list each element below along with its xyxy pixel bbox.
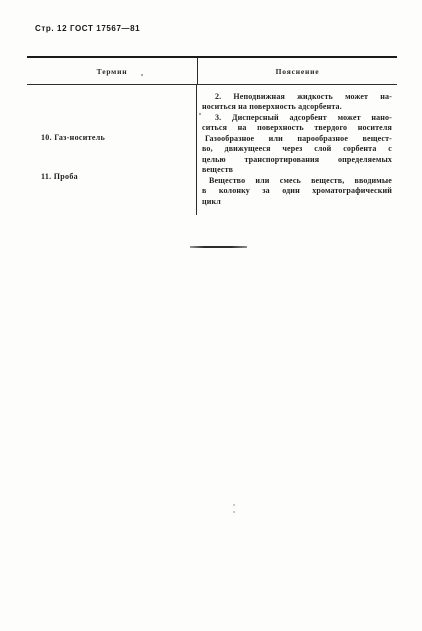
term-gas-carrier: 10. Газ-носитель xyxy=(41,133,105,142)
table-header-row: Термин Пояснение xyxy=(27,56,397,85)
explanation-line: веществ xyxy=(202,165,392,175)
explanation-line: в колонку за один хроматографический xyxy=(202,186,392,196)
explanation-line: цикл xyxy=(202,197,392,207)
column-header-explanation: Пояснение xyxy=(198,58,397,84)
explanation-line: Газообразное или парообразное вещест- xyxy=(202,134,392,144)
scan-speck xyxy=(233,504,235,506)
explanation-line: ситься на поверхность твердого носителя xyxy=(202,123,392,133)
document-page: Стр. 12 ГОСТ 17567—81 Термин Пояснение 1… xyxy=(0,0,422,631)
explanation-line: 2. Неподвижная жидкость может на- xyxy=(202,92,392,102)
explanation-line: 3. Дисперсный адсорбент может нано- xyxy=(202,113,392,123)
term-column: 10. Газ-носитель 11. Проба xyxy=(27,85,197,215)
explanation-line: носиться на поверхность адсорбента. xyxy=(202,102,392,112)
explanation-line: Вещество или смесь веществ, вводимые xyxy=(202,176,392,186)
explanation-line: целью транспортирования определяемых xyxy=(202,155,392,165)
scan-speck xyxy=(141,74,143,76)
terminology-table: Термин Пояснение 10. Газ-носитель 11. Пр… xyxy=(27,56,397,215)
scan-speck xyxy=(199,113,201,115)
term-sample: 11. Проба xyxy=(41,172,78,181)
page-header: Стр. 12 ГОСТ 17567—81 xyxy=(35,24,140,33)
column-header-term: Термин xyxy=(27,58,198,84)
scan-speck xyxy=(233,511,235,513)
explanation-column: 2. Неподвижная жидкость может на- носить… xyxy=(197,85,397,215)
section-end-rule xyxy=(190,246,247,248)
explanation-line: во, движущееся через слой сорбента с xyxy=(202,144,392,154)
table-body: 10. Газ-носитель 11. Проба 2. Неподвижна… xyxy=(27,85,397,215)
